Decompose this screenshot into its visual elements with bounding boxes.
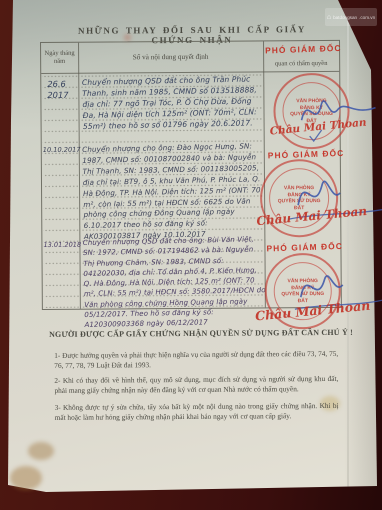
entry-date: 10.10.2017 [43, 145, 81, 156]
document-content: NHỮNG THAY ĐỔI SAU KHI CẤP GIẤY CHỨNG NH… [0, 0, 382, 510]
date-column-ruling [42, 74, 80, 308]
watermark-subtext: .com.vn [359, 15, 375, 20]
notice-item: 3- Không được tự ý sửa chữa, tẩy xóa bất… [55, 401, 339, 424]
entry-content: Chuyển nhượng QSD đất cho ông: Bùi Văn V… [83, 234, 267, 330]
photo-background: NHỮNG THAY ĐỔI SAU KHI CẤP GIẤY CHỨNG NH… [0, 0, 382, 510]
entry-content: Chuyển nhượng QSD đất cho ông Trần Phúc … [82, 74, 263, 132]
notice-item: 1- Được hưởng quyền và phải thực hiện ng… [54, 349, 338, 372]
entry-content: Chuyển nhượng cho ông: Đào Ngọc Hưng, SN… [82, 141, 265, 243]
director-stamp-text: PHÓ GIÁM ĐỐC [266, 241, 343, 254]
watermark-text: batdongsan [333, 15, 357, 20]
col-header-content: Số và nội dung quyết định [78, 41, 263, 72]
watermark-logo: ⌂ batdongsan .com.vn [325, 8, 377, 26]
house-icon: ⌂ [327, 14, 331, 21]
notice-item: 2- Khi có thay đổi về hình thể, quy mô s… [54, 374, 338, 397]
changes-table: Ngày tháng năm Số và nội dung quyết định… [40, 40, 342, 310]
director-stamp-text: PHÓ GIÁM ĐỐC [268, 148, 345, 161]
notice-heading: NGƯỜI ĐƯỢC CẤP GIẤY CHỨNG NHẬN QUYỀN SỬ … [49, 328, 353, 339]
col-header-date: Ngày tháng năm [41, 43, 78, 73]
entry-date: 13.01.2018 [43, 240, 81, 251]
entry-date: 26.6 2017 [47, 79, 68, 101]
